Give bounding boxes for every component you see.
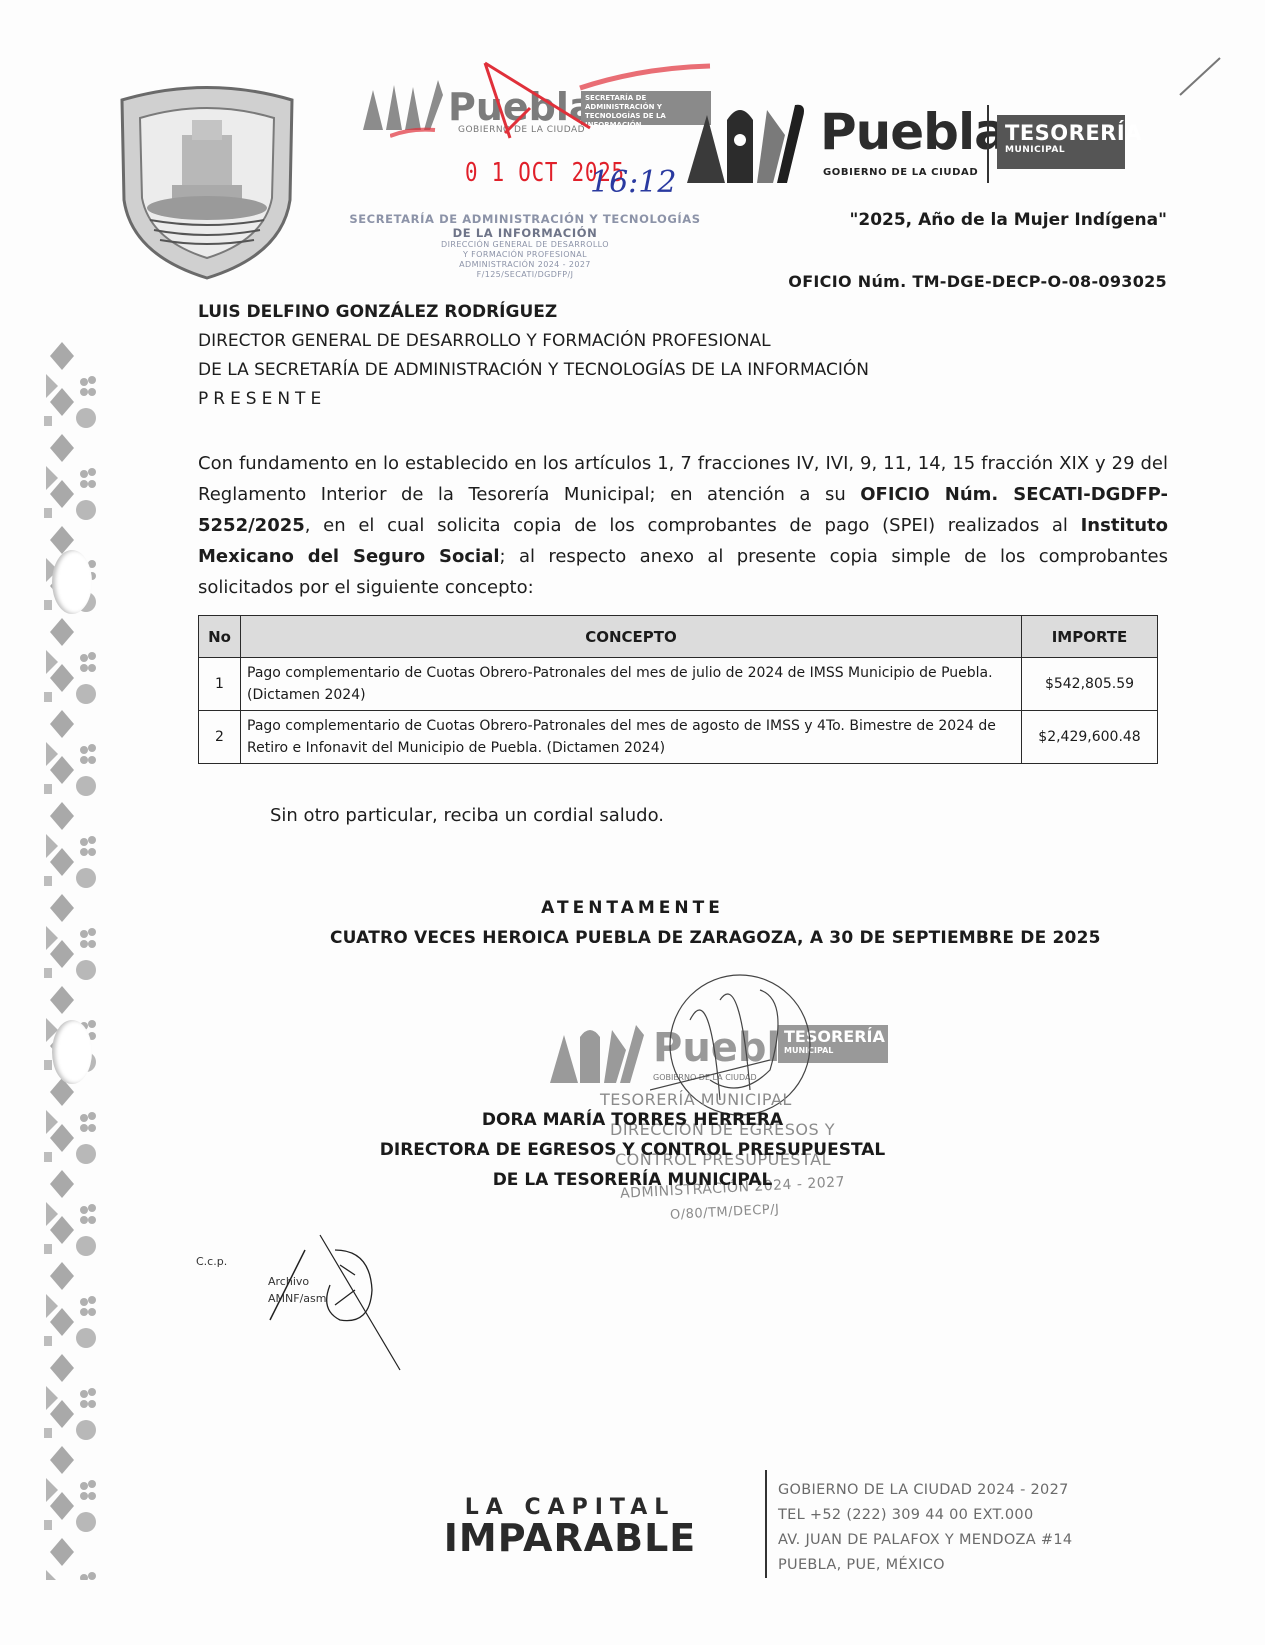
place-and-date: CUATRO VECES HEROICA PUEBLA DE ZARAGOZA,… (330, 928, 1101, 948)
main-logo-subtitle: GOBIERNO DE LA CIUDAD (823, 167, 978, 178)
sig-stamp-line5: O/80/TM/DECP/J (670, 1202, 780, 1223)
footer-divider (765, 1470, 767, 1578)
red-mark-icon (390, 58, 730, 158)
tesoreria-box-subtitle: MUNICIPAL (1005, 145, 1117, 155)
decorative-side-border (40, 340, 104, 1580)
row-importe: $542,805.59 (1022, 658, 1158, 711)
addressee-block: LUIS DELFINO GONZÁLEZ RODRÍGUEZ DIRECTOR… (198, 298, 869, 414)
table-row: 2 Pago complementario de Cuotas Obrero-P… (199, 711, 1158, 764)
footer-info-line: TEL +52 (222) 309 44 00 EXT.000 (778, 1503, 1072, 1528)
puebla-logo-figures-icon (548, 1015, 648, 1085)
row-no: 2 (199, 711, 241, 764)
footer-info-line: PUEBLA, PUE, MÉXICO (778, 1553, 1072, 1578)
header-no: No (199, 616, 241, 658)
row-importe: $2,429,600.48 (1022, 711, 1158, 764)
row-concepto: Pago complementario de Cuotas Obrero-Pat… (241, 711, 1022, 764)
signer-title-line2: DE LA TESORERÍA MUNICIPAL (0, 1170, 1265, 1190)
tesoreria-municipal-logo: Puebla GOBIERNO DE LA CIUDAD TESORERÍA M… (685, 95, 1125, 185)
puebla-coat-of-arms-icon (112, 80, 302, 280)
body-part2: , en el cual solicita copia de los compr… (305, 515, 1081, 536)
closing-line: Sin otro particular, reciba un cordial s… (270, 805, 664, 826)
addressee-salutation: PRESENTE (198, 385, 869, 414)
tesoreria-box-title: TESORERÍA (1005, 121, 1117, 145)
secati-sub-line3: ADMINISTRACIÓN 2024 - 2027 (345, 260, 705, 270)
header-concepto: CONCEPTO (241, 616, 1022, 658)
brand-line2: IMPARABLE (425, 1518, 715, 1558)
ccp-label: C.c.p. (196, 1255, 227, 1268)
signer-name: DORA MARÍA TORRES HERRERA (0, 1110, 1265, 1130)
logo-divider (987, 105, 989, 183)
table-row: 1 Pago complementario de Cuotas Obrero-P… (199, 658, 1158, 711)
footer-info-line: GOBIERNO DE LA CIUDAD 2024 - 2027 (778, 1478, 1072, 1503)
addressee-name: LUIS DELFINO GONZÁLEZ RODRÍGUEZ (198, 298, 869, 327)
body-paragraph: Con fundamento en lo establecido en los … (198, 448, 1168, 603)
footer-info-line: AV. JUAN DE PALAFOX Y MENDOZA #14 (778, 1528, 1072, 1553)
binder-hole (52, 1020, 92, 1084)
secati-sub-line2: Y FORMACIÓN PROFESIONAL (345, 250, 705, 260)
sig-stamp-line1: TESORERÍA MUNICIPAL (600, 1090, 792, 1109)
secati-sub-line1: DIRECCIÓN GENERAL DE DESARROLLO (345, 240, 705, 250)
year-motto: "2025, Año de la Mujer Indígena" (850, 210, 1167, 230)
footer-contact-info: GOBIERNO DE LA CIUDAD 2024 - 2027 TEL +5… (778, 1478, 1072, 1578)
secati-sub-line4: F/125/SECATI/DGDFP/J (345, 270, 705, 280)
row-no: 1 (199, 658, 241, 711)
binder-hole (52, 550, 92, 614)
oficio-number: OFICIO Núm. TM-DGE-DECP-O-08-093025 (788, 272, 1167, 291)
secati-title-line2: DE LA INFORMACIÓN (345, 226, 705, 240)
secati-stamp-title: SECRETARÍA DE ADMINISTRACIÓN Y TECNOLOGÍ… (345, 212, 705, 280)
addressee-title-line1: DIRECTOR GENERAL DE DESARROLLO Y FORMACI… (198, 327, 869, 356)
initials-signature-icon (260, 1230, 410, 1380)
addressee-title-line2: DE LA SECRETARÍA DE ADMINISTRACIÓN Y TEC… (198, 356, 869, 385)
pen-stroke-mark-icon (1175, 50, 1225, 100)
atentamente: ATENTAMENTE (0, 898, 1265, 918)
received-time-handwritten: 16:12 (590, 165, 676, 200)
puebla-logo-figures-icon (685, 95, 815, 185)
main-logo-word: Puebla (820, 103, 1007, 161)
row-concepto: Pago complementario de Cuotas Obrero-Pat… (241, 658, 1022, 711)
secati-title-line1: SECRETARÍA DE ADMINISTRACIÓN Y TECNOLOGÍ… (345, 212, 705, 226)
la-capital-imparable-logo: LA CAPITAL IMPARABLE (425, 1495, 715, 1558)
tesoreria-box: TESORERÍA MUNICIPAL (997, 115, 1125, 169)
header-importe: IMPORTE (1022, 616, 1158, 658)
signer-title-line1: DIRECTORA DE EGRESOS Y CONTROL PRESUPUES… (0, 1140, 1265, 1160)
concept-table: No CONCEPTO IMPORTE 1 Pago complementari… (198, 615, 1158, 764)
table-header-row: No CONCEPTO IMPORTE (199, 616, 1158, 658)
